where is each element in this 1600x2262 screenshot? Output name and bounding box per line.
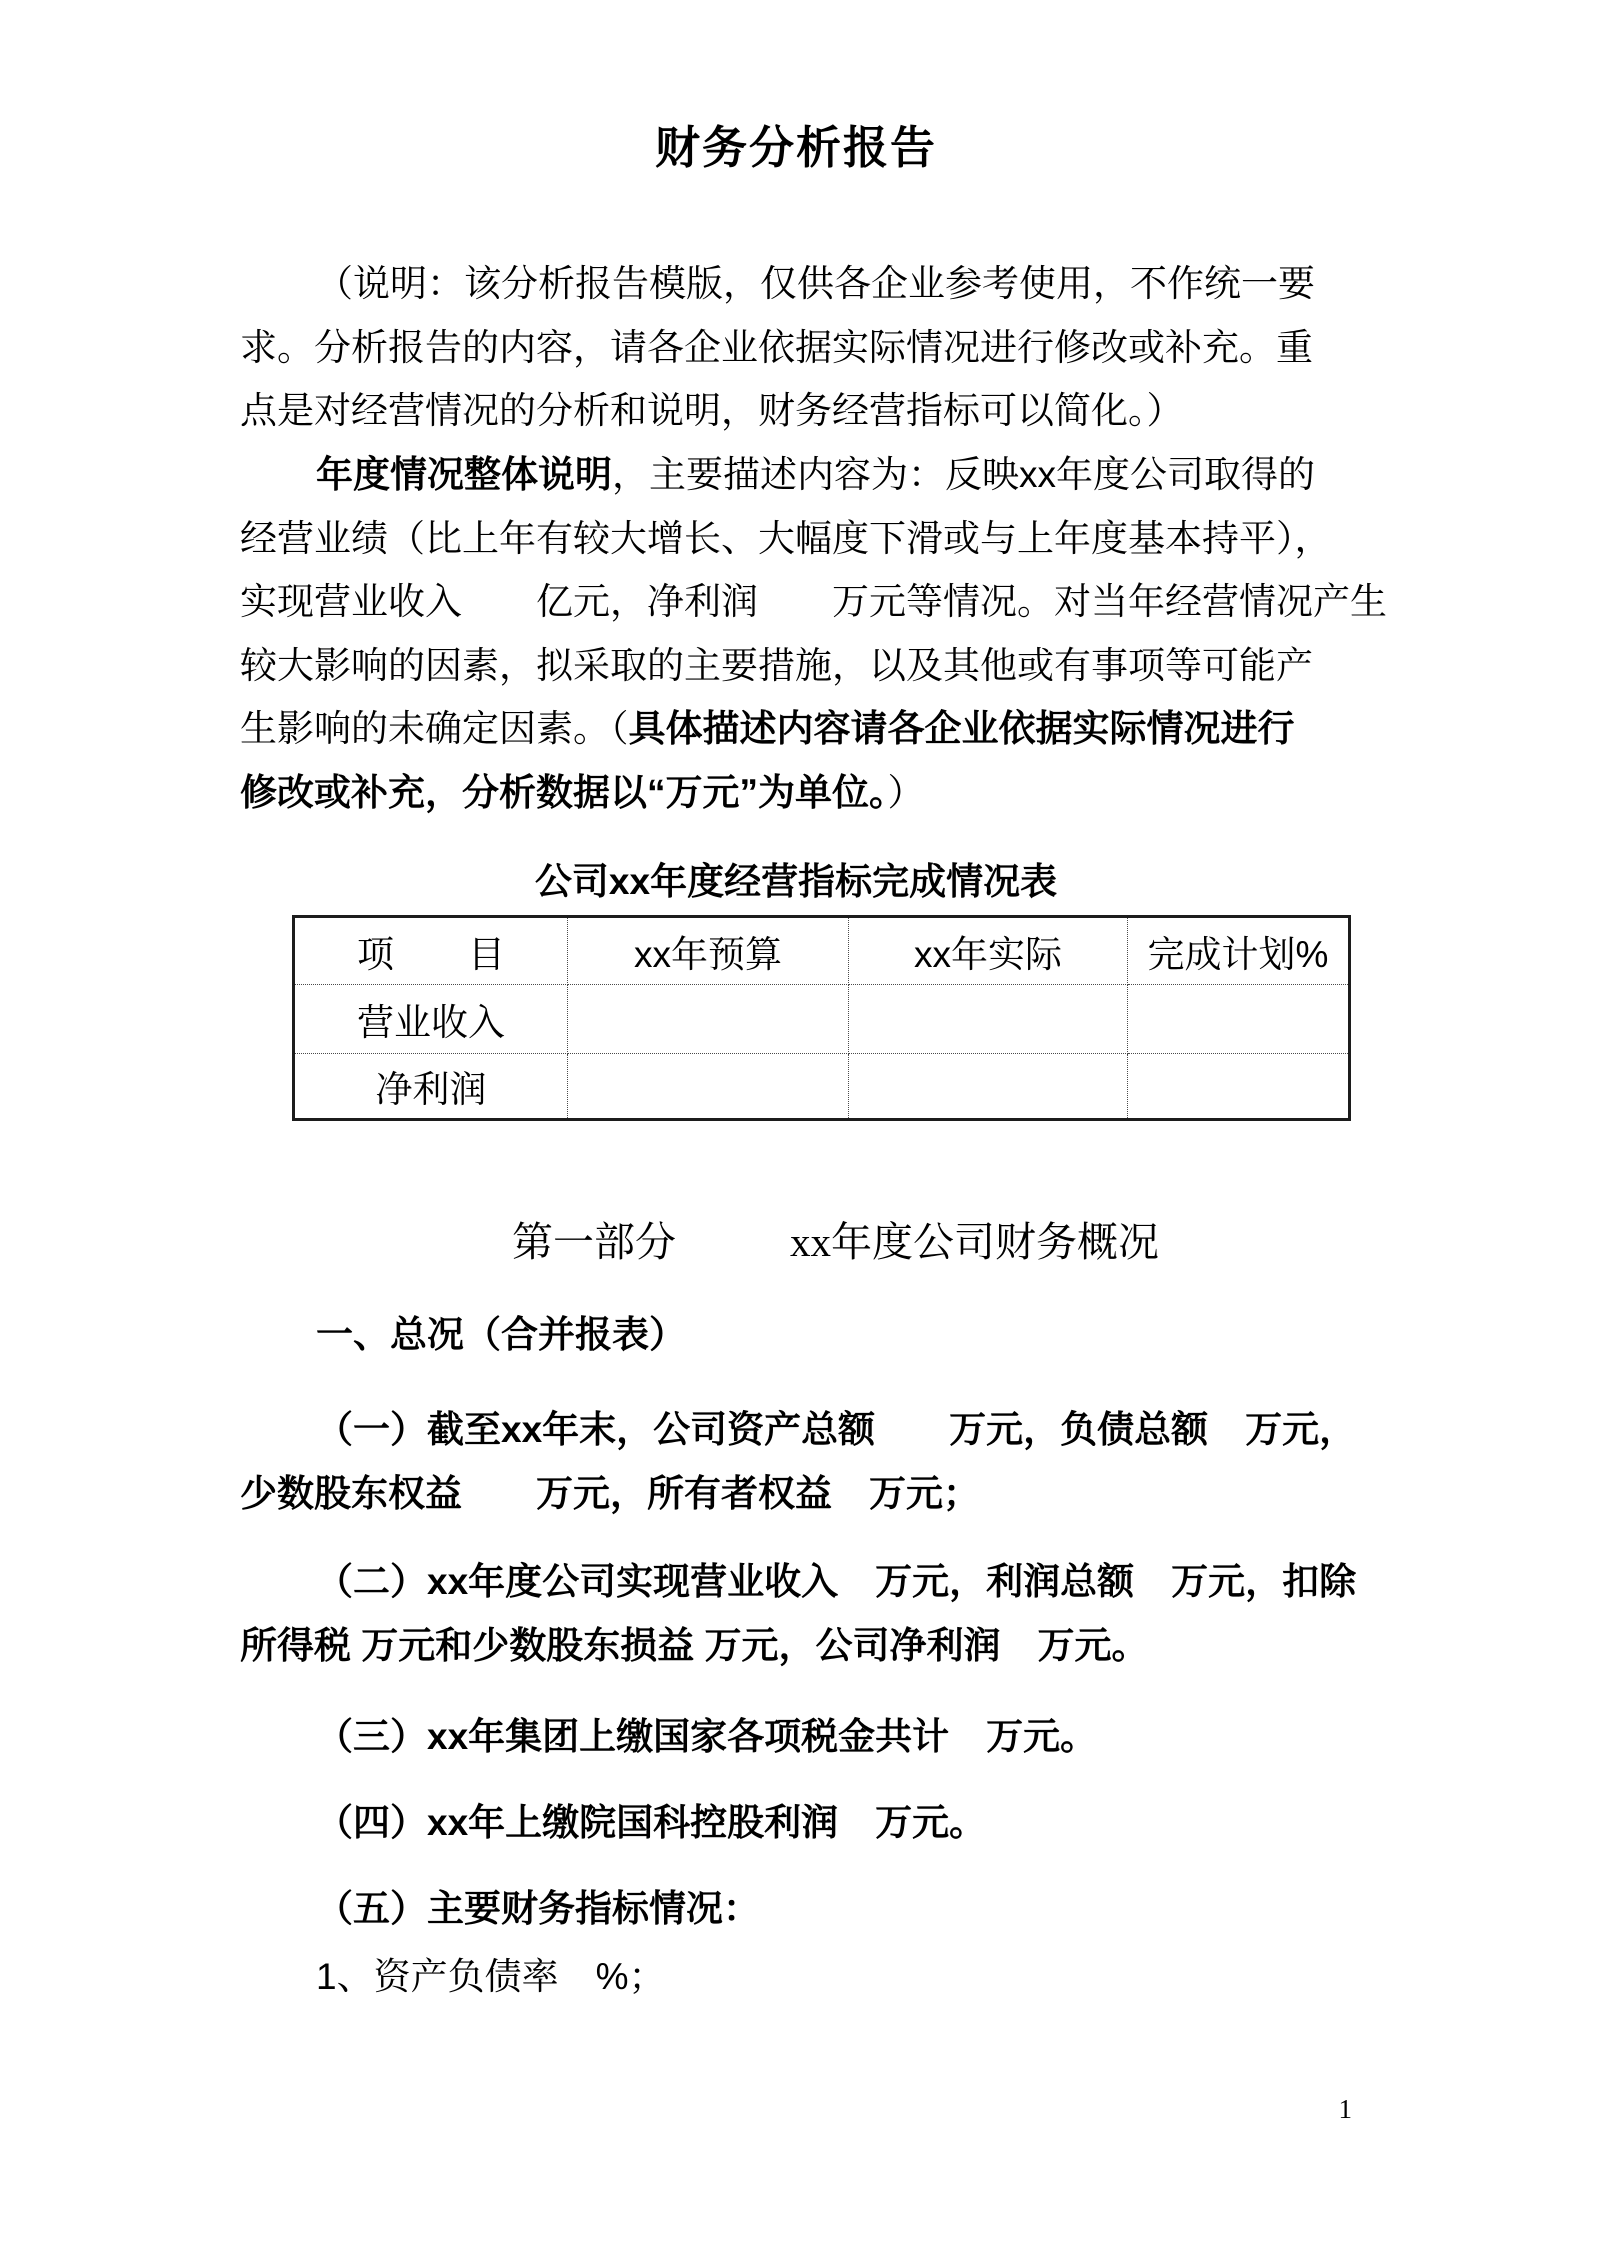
list-item-3: （三）xx年集团上缴国家各项税金共计 万元。 [240, 1705, 1440, 1769]
indicators-table: 项 目 xx年预算 xx年实际 完成计划% 营业收入 净利润 [292, 915, 1351, 1121]
row-label: 净利润 [294, 1054, 568, 1120]
cell-budget [568, 985, 849, 1054]
cell-completion [1128, 985, 1350, 1054]
header-cell-actual: xx年实际 [849, 917, 1128, 985]
intro-line: 点是对经营情况的分析和说明，财务经营指标可以简化。） [240, 379, 1352, 443]
header-cell-completion: 完成计划% [1128, 917, 1350, 985]
list-item-line: 少数股东权益 万元，所有者权益 万元； [240, 1462, 1440, 1526]
row-label: 营业收入 [294, 985, 568, 1054]
document-title: 财务分析报告 [240, 120, 1352, 176]
overview-note-pre: 生影响的未确定因素。（ [240, 708, 629, 749]
cell-actual [849, 985, 1128, 1054]
document-page: 财务分析报告 （说明：该分析报告模版，仅供各企业参考使用，不作统一要 求。分析报… [0, 0, 1600, 2262]
table-row-revenue: 营业收入 [294, 985, 1350, 1054]
page-number: 1 [240, 2092, 1352, 2126]
indicator-line-1: 1、资产负债率 %； [240, 1945, 1352, 2009]
overview-line: 较大影响的因素，拟采取的主要措施，以及其他或有事项等可能产 [240, 634, 1352, 698]
intro-line: 求。分析报告的内容，请各企业依据实际情况进行修改或补充。重 [240, 316, 1352, 380]
overview-line: 生影响的未确定因素。（具体描述内容请各企业依据实际情况进行 [240, 697, 1352, 761]
overview-note-bold2: 修改或补充，分析数据以“万元”为单位。 [240, 772, 888, 813]
cell-completion [1128, 1054, 1350, 1120]
table-header-row: 项 目 xx年预算 xx年实际 完成计划% [294, 917, 1350, 985]
cell-budget [568, 1054, 849, 1120]
overview-lead-bold: 年度情况整体说明 [316, 454, 612, 495]
overview-note-close: ） [888, 772, 925, 813]
part1-heading: 第一部分xx年度公司财务概况 [240, 1216, 1352, 1268]
overview-line: 修改或补充，分析数据以“万元”为单位。） [240, 761, 1352, 825]
list-item-line: （一）截至xx年末，公司资产总额 万元，负债总额 万元， [240, 1398, 1440, 1462]
cell-actual [849, 1054, 1128, 1120]
part1-title: xx年度公司财务概况 [790, 1219, 1159, 1265]
header-cell-budget: xx年预算 [568, 917, 849, 985]
list-item-5: （五）主要财务指标情况： [240, 1877, 1440, 1941]
overview-lead-rest: ，主要描述内容为：反映xx年度公司取得的 [612, 454, 1315, 495]
list-item-line: （四）xx年上缴院国科控股利润 万元。 [240, 1791, 1440, 1855]
overview-paragraph: 年度情况整体说明，主要描述内容为：反映xx年度公司取得的 经营业绩（比上年有较大… [240, 443, 1352, 824]
overview-note-bold: 具体描述内容请各企业依据实际情况进行 [629, 708, 1295, 749]
overview-line: 经营业绩（比上年有较大增长、大幅度下滑或与上年度基本持平）， [240, 507, 1352, 571]
part1-label: 第一部分 [512, 1219, 676, 1265]
section1-heading: 一、总况（合并报表） [240, 1310, 1352, 1360]
overview-line: 年度情况整体说明，主要描述内容为：反映xx年度公司取得的 [240, 443, 1352, 507]
table-row-netprofit: 净利润 [294, 1054, 1350, 1120]
list-item-2: （二）xx年度公司实现营业收入 万元，利润总额 万元，扣除 所得税 万元和少数股… [240, 1550, 1440, 1677]
list-item-line: （二）xx年度公司实现营业收入 万元，利润总额 万元，扣除 [240, 1550, 1440, 1614]
header-cell-item: 项 目 [294, 917, 568, 985]
overview-line: 实现营业收入 亿元，净利润 万元等情况。对当年经营情况产生 [240, 570, 1352, 634]
list-item-4: （四）xx年上缴院国科控股利润 万元。 [240, 1791, 1440, 1855]
table-title: 公司xx年度经营指标完成情况表 [240, 858, 1352, 906]
list-item-line: 所得税 万元和少数股东损益 万元，公司净利润 万元。 [240, 1614, 1440, 1678]
intro-paragraph: （说明：该分析报告模版，仅供各企业参考使用，不作统一要 求。分析报告的内容，请各… [240, 252, 1352, 443]
list-item-1: （一）截至xx年末，公司资产总额 万元，负债总额 万元， 少数股东权益 万元，所… [240, 1398, 1440, 1525]
list-item-line: （五）主要财务指标情况： [240, 1877, 1440, 1941]
list-item-line: （三）xx年集团上缴国家各项税金共计 万元。 [240, 1705, 1440, 1769]
intro-line: （说明：该分析报告模版，仅供各企业参考使用，不作统一要 [240, 252, 1352, 316]
